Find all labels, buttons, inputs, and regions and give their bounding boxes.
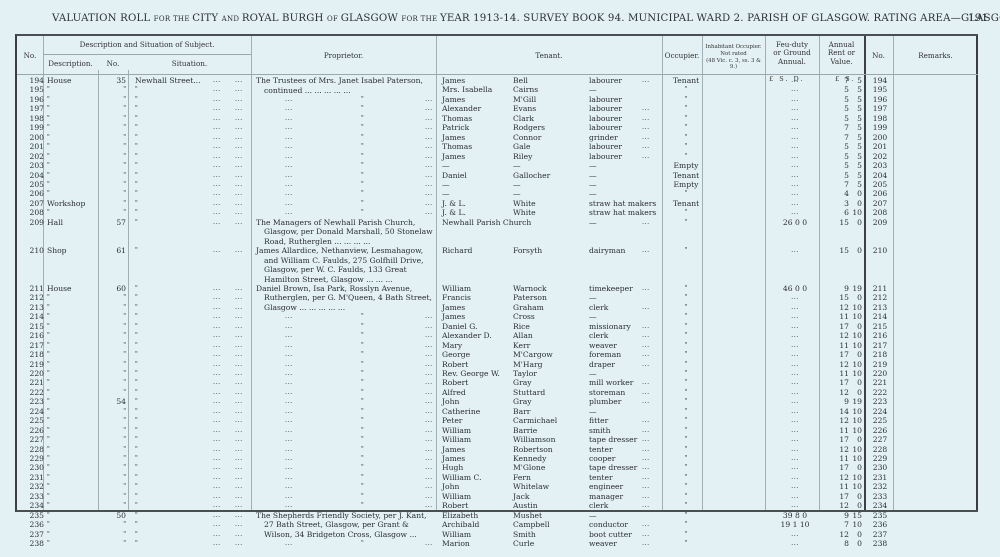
- proprietor-entry: The Trustees of Mrs. Janet Isabel Paters…: [256, 76, 438, 95]
- entry-number-repeat: 196: [867, 95, 893, 105]
- description: ": [47, 501, 50, 511]
- annual-rent: 11: [823, 426, 849, 436]
- leader-dots: ...: [235, 284, 243, 294]
- entry-number: 219: [20, 360, 44, 370]
- header-occupier: Occupier.: [662, 52, 702, 60]
- occupier-status: ": [665, 426, 707, 436]
- situation: ": [135, 407, 138, 417]
- entry-number: 212: [20, 293, 44, 303]
- annual-rent-shillings: 0: [851, 463, 862, 473]
- situation: ": [135, 161, 138, 171]
- proprietor-ditto: ...: [425, 492, 433, 502]
- entry-number: 222: [20, 388, 44, 398]
- tenant-first-name: Richard: [442, 246, 472, 256]
- situation: ": [135, 303, 138, 313]
- entry-number: 213: [20, 303, 44, 313]
- leader-dots: ...: [235, 473, 243, 483]
- situation: ": [135, 189, 138, 199]
- occupier-status: ": [665, 360, 707, 370]
- tenant-occupation: manager: [589, 492, 623, 502]
- feu-duty: 26 0 0: [769, 218, 821, 228]
- leader-dots: ...: [213, 378, 221, 388]
- occupier-status: ": [665, 388, 707, 398]
- annual-rent: 17: [823, 463, 849, 473]
- feu-duty: ...: [769, 246, 821, 256]
- entry-number-repeat: 211: [867, 284, 893, 294]
- tenant-occupation: —: [589, 312, 597, 322]
- leader-dots: ...: [235, 416, 243, 426]
- leader-dots: ...: [235, 511, 243, 521]
- proprietor-ditto: ": [361, 435, 364, 445]
- street-number: ": [100, 369, 126, 379]
- situation: ": [135, 85, 138, 95]
- tenant-occupation: weaver: [589, 341, 617, 351]
- description: ": [47, 123, 50, 133]
- tenant-surname: Robertson: [513, 445, 553, 455]
- feu-duty: ...: [769, 293, 821, 303]
- feu-duty: ...: [769, 85, 821, 95]
- tenant-first-name: J. & L.: [442, 199, 466, 209]
- tenant-surname: Carmichael: [513, 416, 557, 426]
- table-row: 217"""........."...MaryKerrweaver..."...…: [17, 341, 978, 351]
- street-number: ": [100, 104, 126, 114]
- tenant-surname: —: [513, 189, 521, 199]
- occupier-status: ": [665, 397, 707, 407]
- street-number: ": [100, 501, 126, 511]
- annual-rent: 5: [823, 171, 849, 181]
- street-number: ": [100, 360, 126, 370]
- occupier-status: ": [665, 331, 707, 341]
- proprietor-ditto: ": [361, 539, 364, 549]
- proprietor-ditto: ...: [425, 539, 433, 549]
- tenant-surname: Graham: [513, 303, 544, 313]
- tenant-first-name: Alexander D.: [442, 331, 492, 341]
- tenant-occupation: tape dresser: [589, 435, 637, 445]
- proprietor-line: Glasgow, per W. C. Faulds, 133 Great: [256, 265, 438, 275]
- leader-dots: ...: [213, 445, 221, 455]
- feu-duty: ...: [769, 369, 821, 379]
- entry-number: 215: [20, 322, 44, 332]
- header-feu-line: Annual.: [765, 58, 819, 66]
- valuation-roll-table: No. Description and Situation of Subject…: [15, 34, 978, 512]
- entry-number-repeat: 199: [867, 123, 893, 133]
- proprietor-ditto: ...: [425, 350, 433, 360]
- tenant-occupation: tenter: [589, 473, 613, 483]
- table-row: 221"""........."...RobertGraymill worker…: [17, 378, 978, 388]
- description: ": [47, 445, 50, 455]
- table-row: 212"""......FrancisPaterson—"...150212: [17, 293, 978, 303]
- street-number: ": [100, 322, 126, 332]
- tenant-occupation: storeman: [589, 388, 625, 398]
- proprietor-ditto: ...: [285, 435, 293, 445]
- tenant-surname: Austin: [513, 501, 538, 511]
- feu-duty: ...: [769, 142, 821, 152]
- occupier-status: ": [665, 189, 707, 199]
- tenant-surname: Smith: [513, 530, 536, 540]
- tenant-surname: Bell: [513, 76, 528, 86]
- tenant-first-name: —: [442, 189, 450, 199]
- entry-number-repeat: 220: [867, 369, 893, 379]
- tenant-first-name: Mrs. Isabella: [442, 85, 492, 95]
- entry-number: 203: [20, 161, 44, 171]
- tenant-occupation: —: [589, 171, 597, 181]
- leader-dots: ...: [213, 152, 221, 162]
- header-inhabitant-line: Not rated: [702, 51, 765, 58]
- situation: ": [135, 482, 138, 492]
- proprietor-ditto: ": [361, 180, 364, 190]
- tenant-occupation: —: [589, 407, 597, 417]
- tenant-occupation: labourer: [589, 152, 622, 162]
- leader-dots: ...: [235, 161, 243, 171]
- leader-dots: ...: [235, 378, 243, 388]
- situation: ": [135, 218, 138, 228]
- annual-rent: 5: [823, 85, 849, 95]
- description: ": [47, 341, 50, 351]
- annual-rent-shillings: 0: [851, 501, 862, 511]
- entry-number: 205: [20, 180, 44, 190]
- proprietor-ditto: ...: [285, 388, 293, 398]
- entry-number-repeat: 236: [867, 520, 893, 530]
- leader-dots: ...: [642, 104, 650, 114]
- tenant-occupation: foreman: [589, 350, 621, 360]
- proprietor-ditto: ...: [425, 104, 433, 114]
- description: House: [47, 284, 71, 294]
- proprietor-ditto: ...: [425, 463, 433, 473]
- annual-rent: 12: [823, 530, 849, 540]
- leader-dots: ...: [213, 407, 221, 417]
- table-row: 227"""........."...WilliamWilliamsontape…: [17, 435, 978, 445]
- description: ": [47, 530, 50, 540]
- proprietor-ditto: ": [361, 501, 364, 511]
- annual-rent-shillings: 5: [851, 114, 862, 124]
- annual-rent-shillings: 10: [851, 454, 862, 464]
- proprietor-ditto: ...: [285, 416, 293, 426]
- leader-dots: ...: [235, 388, 243, 398]
- proprietor-ditto: ": [361, 360, 364, 370]
- entry-number-repeat: 226: [867, 426, 893, 436]
- tenant-occupation: straw hat makers: [589, 208, 656, 218]
- proprietor-ditto: ...: [285, 322, 293, 332]
- entry-number: 199: [20, 123, 44, 133]
- leader-dots: ...: [213, 350, 221, 360]
- description: ": [47, 95, 50, 105]
- proprietor-ditto: ": [361, 407, 364, 417]
- annual-rent: 12: [823, 331, 849, 341]
- situation: ": [135, 463, 138, 473]
- description: ": [47, 397, 50, 407]
- proprietor-ditto: ...: [425, 331, 433, 341]
- tenant-first-name: Hugh: [442, 463, 463, 473]
- leader-dots: ...: [213, 303, 221, 313]
- leader-dots: ...: [213, 454, 221, 464]
- leader-dots: ...: [642, 530, 650, 540]
- entry-number: 236: [20, 520, 44, 530]
- street-number: ": [100, 199, 126, 209]
- tenant-surname: Rice: [513, 322, 530, 332]
- street-number: ": [100, 312, 126, 322]
- leader-dots: ...: [642, 246, 650, 256]
- table-row: 208"""........."...J. & L.Whitestraw hat…: [17, 208, 978, 218]
- leader-dots: ...: [235, 303, 243, 313]
- feu-duty: ...: [769, 199, 821, 209]
- leader-dots: ...: [235, 142, 243, 152]
- description: ": [47, 435, 50, 445]
- situation: ": [135, 199, 138, 209]
- proprietor-ditto: ...: [285, 482, 293, 492]
- tenant-occupation: weaver: [589, 539, 617, 549]
- proprietor-ditto: ...: [425, 369, 433, 379]
- leader-dots: ...: [213, 397, 221, 407]
- title-part: VALUATION ROLL: [52, 13, 154, 24]
- leader-dots: ...: [235, 360, 243, 370]
- proprietor-ditto: ...: [285, 171, 293, 181]
- leader-dots: ...: [213, 133, 221, 143]
- tenant-occupation: —: [589, 218, 597, 228]
- description: Workshop: [47, 199, 85, 209]
- tenant-first-name: Alexander: [442, 104, 481, 114]
- entry-number-repeat: 219: [867, 360, 893, 370]
- occupier-status: ": [665, 435, 707, 445]
- tenant-first-name: Thomas: [442, 142, 472, 152]
- tenant-surname: Gallocher: [513, 171, 550, 181]
- entry-number-repeat: 238: [867, 539, 893, 549]
- tenant-surname: Clark: [513, 114, 534, 124]
- description: ": [47, 312, 50, 322]
- proprietor-ditto: ": [361, 208, 364, 218]
- annual-rent: 7: [823, 133, 849, 143]
- entry-number-repeat: 237: [867, 530, 893, 540]
- entry-number-repeat: 231: [867, 473, 893, 483]
- leader-dots: ...: [213, 388, 221, 398]
- tenant-occupation: labourer: [589, 123, 622, 133]
- proprietor-ditto: ...: [425, 180, 433, 190]
- entry-number: 196: [20, 95, 44, 105]
- entry-number: 216: [20, 331, 44, 341]
- annual-rent-shillings: 0: [851, 388, 862, 398]
- occupier-status: ": [665, 473, 707, 483]
- tenant-surname: Jack: [513, 492, 529, 502]
- annual-rent-shillings: 0: [851, 246, 862, 256]
- leader-dots: ...: [642, 539, 650, 549]
- tenant-first-name: Thomas: [442, 114, 472, 124]
- leader-dots: ...: [235, 482, 243, 492]
- entry-number-repeat: 225: [867, 416, 893, 426]
- proprietor-ditto: ...: [285, 142, 293, 152]
- leader-dots: ...: [235, 435, 243, 445]
- proprietor-ditto: ...: [285, 378, 293, 388]
- feu-duty: ...: [769, 530, 821, 540]
- proprietor-ditto: ...: [285, 445, 293, 455]
- leader-dots: ...: [235, 331, 243, 341]
- proprietor-ditto: ...: [285, 180, 293, 190]
- tenant-surname: Cairns: [513, 85, 538, 95]
- tenant-first-name: William: [442, 530, 471, 540]
- proprietor-line: continued ... ... ... ... ...: [256, 86, 438, 96]
- leader-dots: ...: [235, 133, 243, 143]
- leader-dots: ...: [213, 104, 221, 114]
- table-row: 237"""......WilliamSmithboot cutter...".…: [17, 530, 978, 540]
- annual-rent-shillings: 5: [851, 76, 862, 86]
- leader-dots: ...: [642, 435, 650, 445]
- header-description: Description.: [43, 60, 98, 68]
- entry-number-repeat: 223: [867, 397, 893, 407]
- proprietor-ditto: ": [361, 312, 364, 322]
- annual-rent: 7: [823, 123, 849, 133]
- title-part: YEAR 1913-14. SURVEY BOOK 94. MUNICIPAL …: [440, 13, 1000, 24]
- street-number: 57: [100, 218, 126, 228]
- tenant-surname: Williamson: [513, 435, 555, 445]
- entry-number-repeat: 212: [867, 293, 893, 303]
- page-title: VALUATION ROLL FOR THE CITY AND ROYAL BU…: [52, 13, 992, 24]
- entry-number: 226: [20, 426, 44, 436]
- entry-number-repeat: 206: [867, 189, 893, 199]
- tenant-occupation: —: [589, 180, 597, 190]
- leader-dots: ...: [642, 388, 650, 398]
- table-row: 233"""........."...WilliamJackmanager...…: [17, 492, 978, 502]
- leader-dots: ...: [642, 152, 650, 162]
- tenant-occupation: clerk: [589, 303, 608, 313]
- proprietor-ditto: ": [361, 341, 364, 351]
- entry-number: 208: [20, 208, 44, 218]
- situation: ": [135, 501, 138, 511]
- occupier-status: ": [665, 454, 707, 464]
- leader-dots: ...: [642, 378, 650, 388]
- description: ": [47, 473, 50, 483]
- proprietor-ditto: ": [361, 388, 364, 398]
- leader-dots: ...: [642, 520, 650, 530]
- header-number: No.: [98, 60, 128, 68]
- annual-rent-shillings: 0: [851, 199, 862, 209]
- tenant-surname: Evans: [513, 104, 536, 114]
- annual-rent: 17: [823, 322, 849, 332]
- entry-number: 221: [20, 378, 44, 388]
- proprietor-ditto: ...: [285, 95, 293, 105]
- entry-number-repeat: 228: [867, 445, 893, 455]
- proprietor-line: Glasgow ... ... ... ... ...: [256, 303, 438, 313]
- tenant-surname: Cross: [513, 312, 535, 322]
- annual-rent: 12: [823, 445, 849, 455]
- leader-dots: ...: [235, 114, 243, 124]
- tenant-first-name: James: [442, 445, 465, 455]
- entry-number-repeat: 217: [867, 341, 893, 351]
- street-number: ": [100, 303, 126, 313]
- feu-duty: ...: [769, 350, 821, 360]
- proprietor-ditto: ...: [425, 378, 433, 388]
- tenant-first-name: Robert: [442, 360, 468, 370]
- header-desc-group: Description and Situation of Subject.: [43, 41, 251, 49]
- tenant-first-name: Mary: [442, 341, 462, 351]
- proprietor-ditto: ...: [425, 142, 433, 152]
- leader-dots: ...: [235, 530, 243, 540]
- annual-rent-shillings: 0: [851, 435, 862, 445]
- table-row: 196"""........."...JamesM'Gilllabourer".…: [17, 95, 978, 105]
- leader-dots: ...: [235, 189, 243, 199]
- tenant-first-name: James: [442, 95, 465, 105]
- entry-number: 233: [20, 492, 44, 502]
- entry-number: 206: [20, 189, 44, 199]
- tenant-surname: Whitelaw: [513, 482, 549, 492]
- proprietor-ditto: ...: [425, 189, 433, 199]
- feu-duty: ...: [769, 416, 821, 426]
- tenant-surname: Allan: [513, 331, 533, 341]
- proprietor-ditto: ": [361, 350, 364, 360]
- tenant-surname: Warnock: [513, 284, 547, 294]
- description: ": [47, 520, 50, 530]
- table-row: 204"""........."...DanielGallocher—Tenan…: [17, 171, 978, 181]
- tenant-occupation: mill worker: [589, 378, 633, 388]
- entry-number: 195: [20, 85, 44, 95]
- tenant-occupation: —: [589, 85, 597, 95]
- annual-rent: 15: [823, 218, 849, 228]
- feu-duty: ...: [769, 388, 821, 398]
- proprietor-ditto: ...: [425, 341, 433, 351]
- leader-dots: ...: [235, 369, 243, 379]
- proprietor-ditto: ...: [285, 501, 293, 511]
- annual-rent: 8: [823, 539, 849, 549]
- leader-dots: ...: [642, 142, 650, 152]
- leader-dots: ...: [235, 95, 243, 105]
- street-number: ": [100, 95, 126, 105]
- header-annual-rent: Annual Rent or Value.: [819, 41, 864, 66]
- feu-duty: ...: [769, 426, 821, 436]
- title-part: AND: [222, 15, 242, 23]
- header-rule: [17, 74, 978, 75]
- annual-rent-shillings: 0: [851, 322, 862, 332]
- annual-rent: 17: [823, 378, 849, 388]
- leader-dots: ...: [642, 322, 650, 332]
- tenant-surname: M'Harg: [513, 360, 543, 370]
- entry-number: 227: [20, 435, 44, 445]
- proprietor-ditto: ...: [285, 407, 293, 417]
- tenant-first-name: Patrick: [442, 123, 469, 133]
- entry-number-repeat: 195: [867, 85, 893, 95]
- feu-duty: ...: [769, 322, 821, 332]
- leader-dots: ...: [642, 284, 650, 294]
- proprietor-ditto: ": [361, 331, 364, 341]
- proprietor-ditto: ...: [285, 133, 293, 143]
- annual-rent-shillings: 10: [851, 331, 862, 341]
- table-row: 199"""........."...PatrickRodgerslaboure…: [17, 123, 978, 133]
- feu-duty: ...: [769, 445, 821, 455]
- description: Hall: [47, 218, 63, 228]
- proprietor-line: The Trustees of Mrs. Janet Isabel Paters…: [256, 76, 438, 86]
- proprietor-line: Wilson, 34 Bridgeton Cross, Glasgow ...: [256, 530, 438, 540]
- entry-number-repeat: 227: [867, 435, 893, 445]
- annual-rent: 5: [823, 104, 849, 114]
- situation: ": [135, 114, 138, 124]
- annual-rent: 12: [823, 388, 849, 398]
- entry-number: 201: [20, 142, 44, 152]
- situation: ": [135, 104, 138, 114]
- leader-dots: ...: [213, 482, 221, 492]
- description: ": [47, 350, 50, 360]
- entry-number: 220: [20, 369, 44, 379]
- proprietor-ditto: ...: [425, 161, 433, 171]
- tenant-first-name: William: [442, 435, 471, 445]
- leader-dots: ...: [213, 539, 221, 549]
- entry-number: 197: [20, 104, 44, 114]
- leader-dots: ...: [642, 123, 650, 133]
- situation: ": [135, 511, 138, 521]
- situation: ": [135, 435, 138, 445]
- tenant-first-name: William: [442, 284, 471, 294]
- tenant-first-name: Archibald: [442, 520, 479, 530]
- entry-number: 229: [20, 454, 44, 464]
- proprietor-ditto: ...: [425, 397, 433, 407]
- occupier-status: ": [665, 511, 707, 521]
- leader-dots: ...: [213, 511, 221, 521]
- feu-duty: ...: [769, 501, 821, 511]
